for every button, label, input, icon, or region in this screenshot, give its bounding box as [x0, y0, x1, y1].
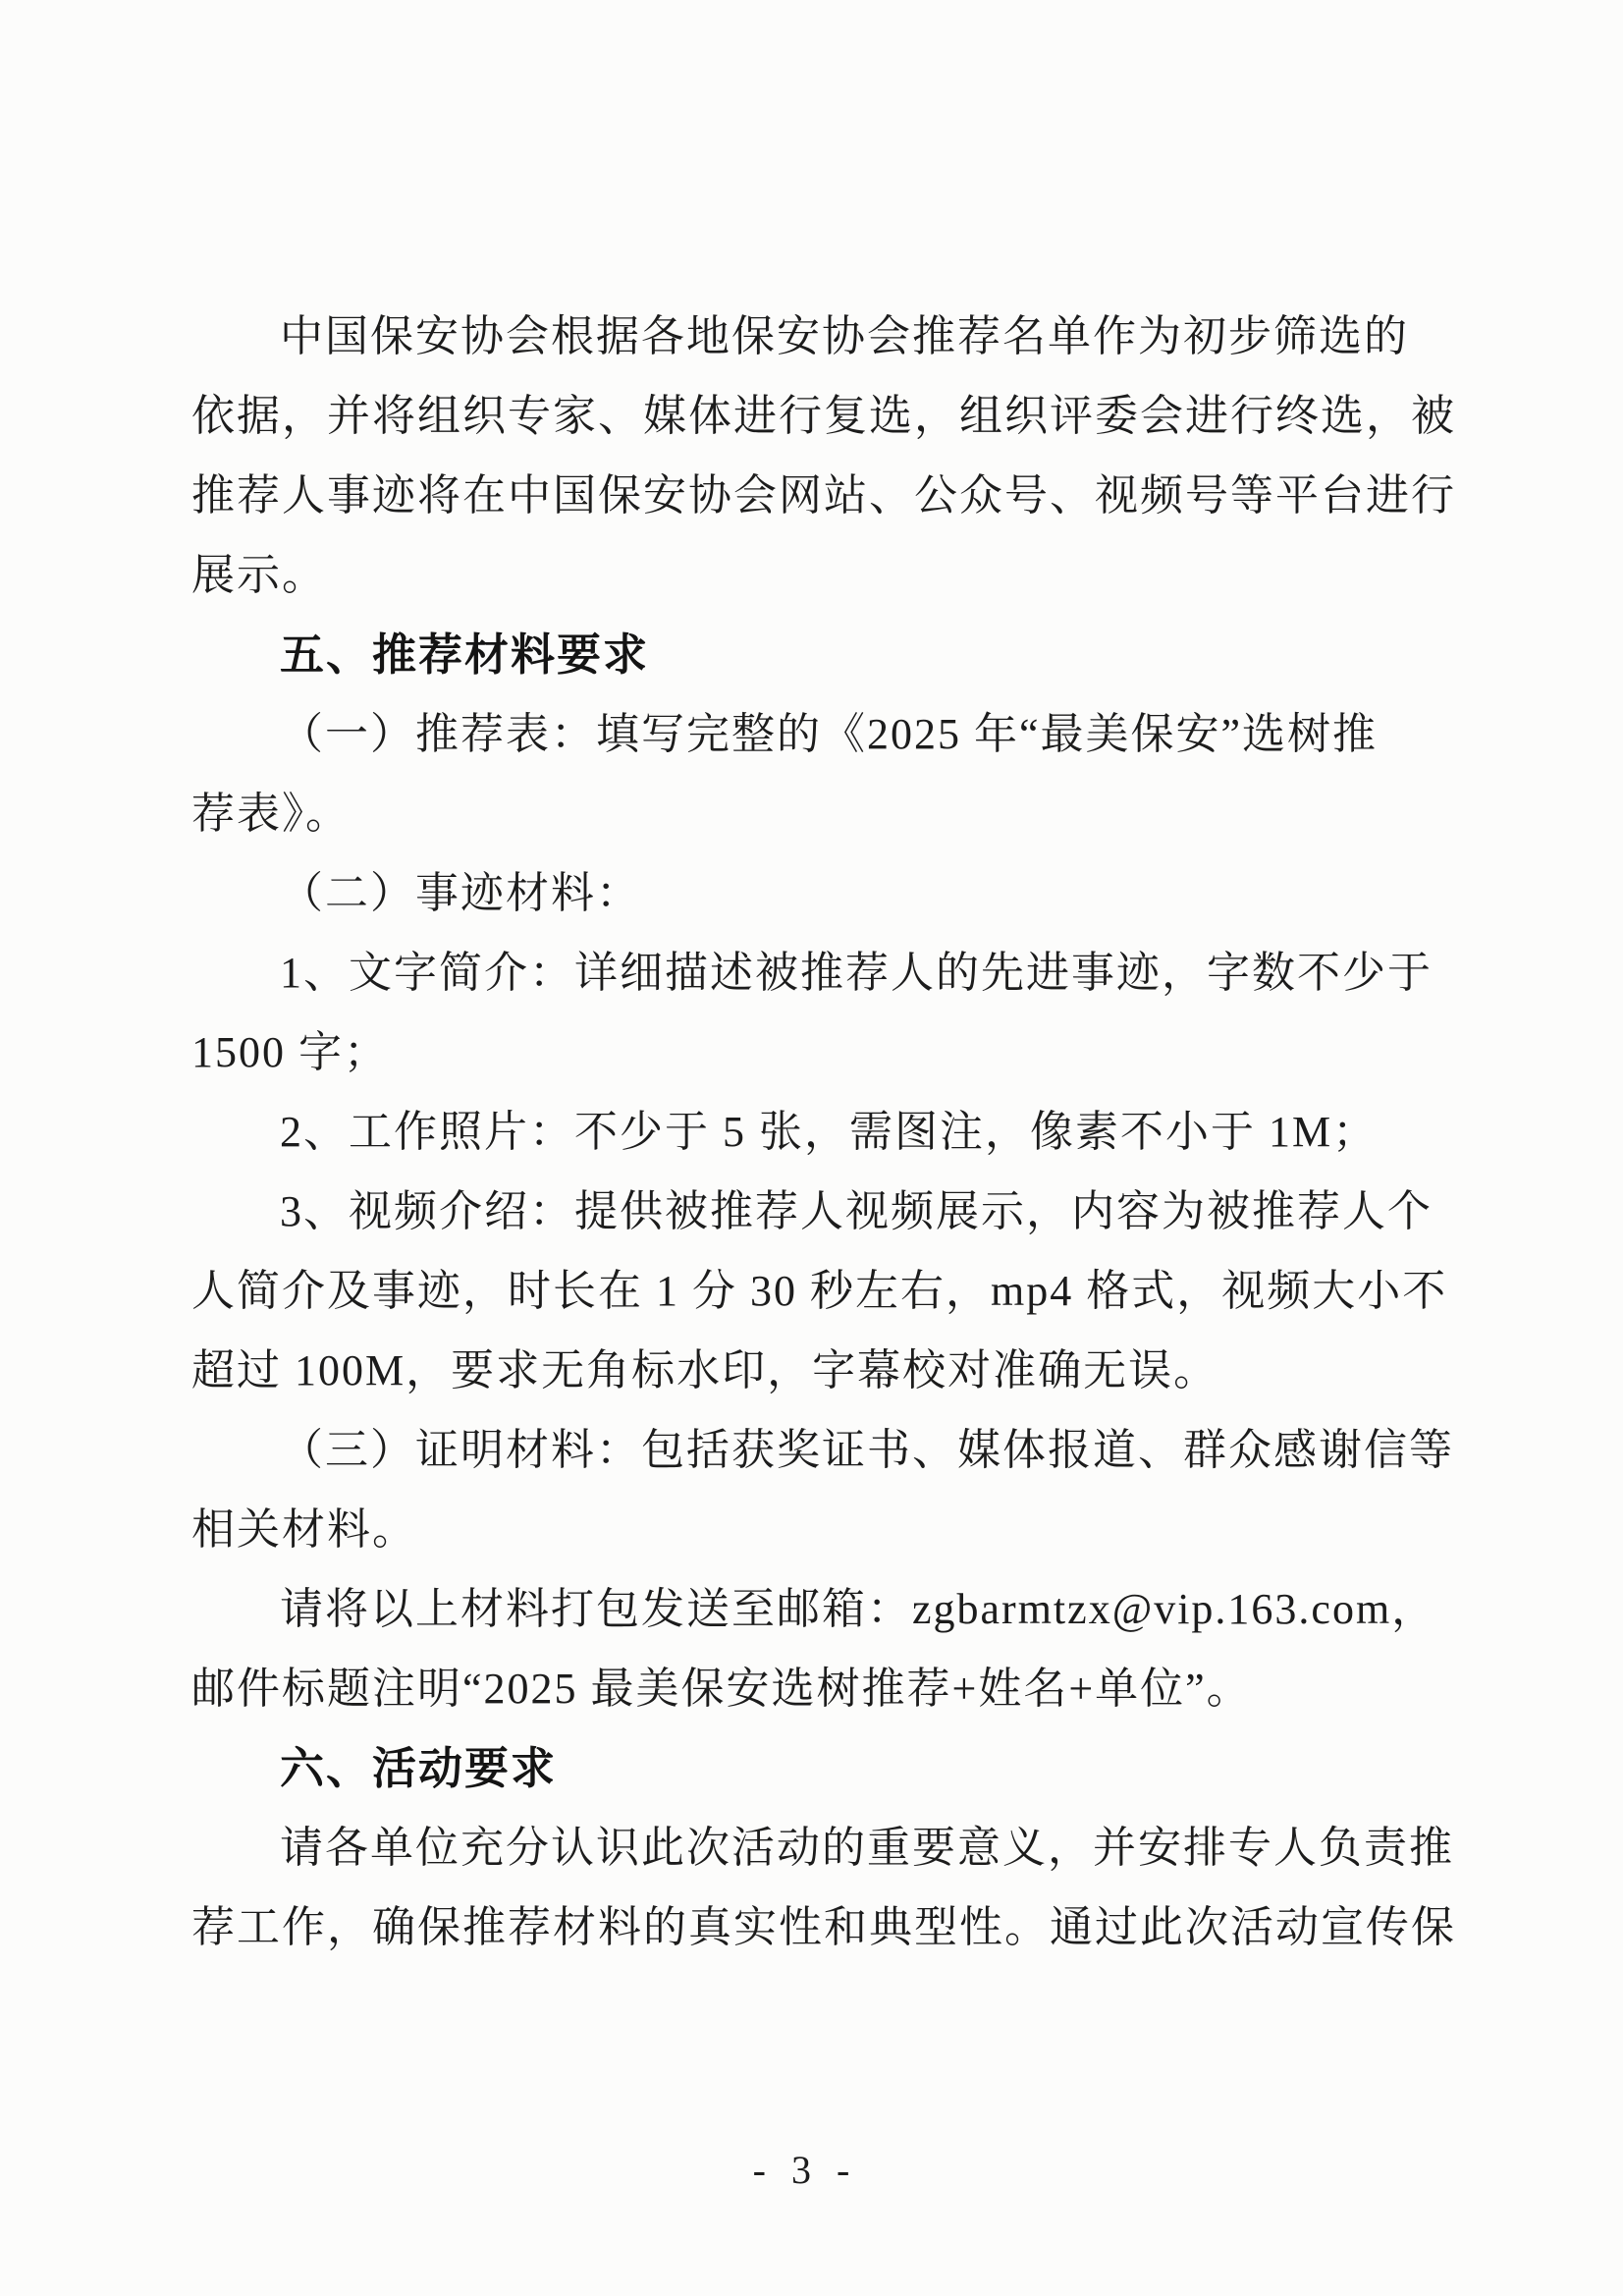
body-line: 依据，并将组织专家、媒体进行复选，组织评委会进行终选，被 — [191, 376, 1468, 456]
body-line: （一）推荐表：填写完整的《2025 年“最美保安”选树推 — [191, 694, 1468, 774]
body-line: 1、文字简介：详细描述被推荐人的先进事迹，字数不少于 — [191, 933, 1468, 1012]
body-line: 相关材料。 — [191, 1490, 1468, 1569]
heading-section-6: 六、活动要求 — [191, 1728, 1468, 1808]
body-line: （三）证明材料：包括获奖证书、媒体报道、群众感谢信等 — [191, 1410, 1468, 1490]
body-line: 展示。 — [191, 535, 1468, 615]
heading-section-5: 五、推荐材料要求 — [191, 615, 1468, 694]
document-page: 中国保安协会根据各地保安协会推荐名单作为初步筛选的 依据，并将组织专家、媒体进行… — [0, 0, 1623, 2296]
body-line: 3、视频介绍：提供被推荐人视频展示，内容为被推荐人个 — [191, 1172, 1468, 1251]
page-number: - 3 - — [0, 2147, 1610, 2193]
body-line: 推荐人事迹将在中国保安协会网站、公众号、视频号等平台进行 — [191, 456, 1468, 535]
body-line: 荐表》。 — [191, 774, 1468, 853]
body-line: 2、工作照片：不少于 5 张，需图注，像素不小于 1M； — [191, 1092, 1468, 1172]
body-line: 请各单位充分认识此次活动的重要意义，并安排专人负责推 — [191, 1808, 1468, 1887]
body-line: 人简介及事迹，时长在 1 分 30 秒左右，mp4 格式，视频大小不 — [191, 1251, 1468, 1331]
body-line: 超过 100M，要求无角标水印，字幕校对准确无误。 — [191, 1331, 1468, 1410]
body-line: （二）事迹材料： — [191, 853, 1468, 933]
body-line: 1500 字； — [191, 1012, 1468, 1092]
body-line: 荐工作，确保推荐材料的真实性和典型性。通过此次活动宣传保 — [191, 1887, 1468, 1967]
email-line: 请将以上材料打包发送至邮箱：zgbarmtzx@vip.163.com， — [191, 1569, 1468, 1649]
body-line: 中国保安协会根据各地保安协会推荐名单作为初步筛选的 — [191, 297, 1468, 376]
body-line: 邮件标题注明“2025 最美保安选树推荐+姓名+单位”。 — [191, 1649, 1468, 1728]
document-body: 中国保安协会根据各地保安协会推荐名单作为初步筛选的 依据，并将组织专家、媒体进行… — [191, 297, 1468, 1967]
